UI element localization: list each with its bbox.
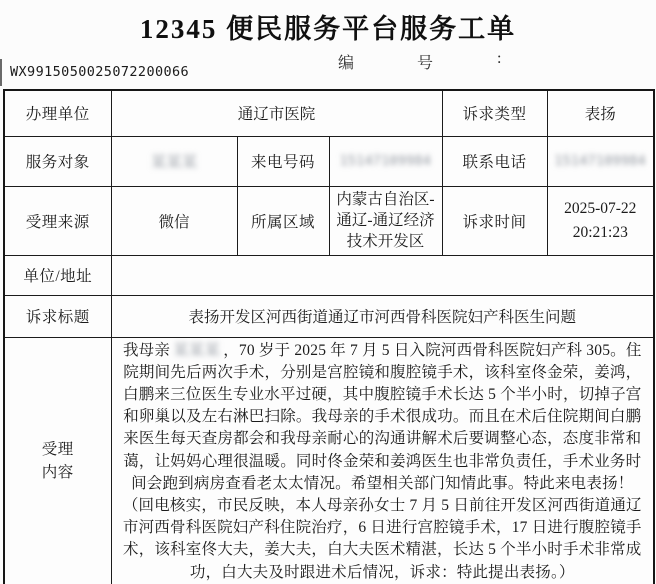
serial-label-char-1: 编 bbox=[338, 50, 354, 73]
table-row-service-target: 服务对象 某某某 来电号码 15147109984 联系电话 151471099… bbox=[4, 136, 654, 186]
serial-label-colon: : bbox=[497, 50, 501, 68]
page-title: 12345 便民服务平台服务工单 bbox=[0, 0, 656, 46]
serial-label-char-2: 号 bbox=[417, 50, 433, 73]
field-label-acceptance-content: 受理 内容 bbox=[4, 337, 111, 584]
field-label-unit-address: 单位/地址 bbox=[4, 255, 111, 295]
field-label-contact-phone: 联系电话 bbox=[442, 136, 547, 186]
page-edge-artifact bbox=[0, 59, 2, 86]
field-value-unit-address bbox=[111, 255, 654, 295]
table-row-handling-unit: 办理单位 通辽市医院 诉求类型 表扬 bbox=[4, 90, 654, 136]
serial-number: WX9915050025072200066 bbox=[10, 64, 189, 80]
redacted-name: 某某某 bbox=[148, 154, 201, 171]
field-value-acceptance-source: 微信 bbox=[111, 186, 237, 255]
work-order-document: 12345 便民服务平台服务工单 编 号 : WX991505002507220… bbox=[0, 0, 656, 584]
acceptance-content-label-line1: 受理 bbox=[9, 439, 107, 461]
field-label-appeal-time: 诉求时间 bbox=[442, 186, 547, 255]
field-value-handling-unit: 通辽市医院 bbox=[111, 90, 442, 136]
field-label-appeal-title: 诉求标题 bbox=[4, 295, 111, 337]
redacted-name-inline: 某某某 bbox=[170, 342, 223, 359]
field-value-appeal-time: 2025-07-22 20:21:23 bbox=[547, 186, 654, 255]
field-label-region: 所属区域 bbox=[237, 186, 329, 255]
acceptance-content-label-line2: 内容 bbox=[9, 462, 107, 484]
field-value-appeal-title: 表扬开发区河西街道通辽市河西骨科医院妇产科医生问题 bbox=[111, 295, 654, 337]
acceptance-content-body: ，70 岁于 2025 年 7 月 5 日入院河西骨科医院妇产科 305。住院期… bbox=[123, 342, 642, 581]
table-row-appeal-title: 诉求标题 表扬开发区河西街道通辽市河西骨科医院妇产科医生问题 bbox=[4, 295, 654, 337]
work-order-table: 办理单位 通辽市医院 诉求类型 表扬 服务对象 某某某 来电号码 1514710… bbox=[3, 89, 655, 584]
redacted-phone-number: 15147109984 bbox=[340, 154, 432, 169]
acceptance-content-prefix: 我母亲 bbox=[123, 342, 170, 359]
field-label-caller-number: 来电号码 bbox=[237, 136, 329, 186]
field-value-region: 内蒙古自治区-通辽-通辽经济技术开发区 bbox=[329, 186, 442, 255]
field-value-caller-number: 15147109984 bbox=[329, 136, 442, 186]
field-value-contact-phone: 15147109984 bbox=[547, 136, 654, 186]
table-row-unit-address: 单位/地址 bbox=[4, 255, 654, 295]
redacted-phone-number: 15147109984 bbox=[554, 154, 646, 169]
field-value-appeal-type: 表扬 bbox=[547, 90, 654, 136]
field-label-service-target: 服务对象 bbox=[4, 136, 111, 186]
field-label-acceptance-source: 受理来源 bbox=[4, 186, 111, 255]
table-row-acceptance-content: 受理 内容 我母亲某某某，70 岁于 2025 年 7 月 5 日入院河西骨科医… bbox=[4, 337, 654, 584]
field-value-service-target: 某某某 bbox=[111, 136, 237, 186]
field-value-acceptance-content: 我母亲某某某，70 岁于 2025 年 7 月 5 日入院河西骨科医院妇产科 3… bbox=[111, 337, 654, 584]
field-label-handling-unit: 办理单位 bbox=[4, 90, 111, 136]
field-label-appeal-type: 诉求类型 bbox=[442, 90, 547, 136]
table-row-acceptance-source: 受理来源 微信 所属区域 内蒙古自治区-通辽-通辽经济技术开发区 诉求时间 20… bbox=[4, 186, 654, 255]
